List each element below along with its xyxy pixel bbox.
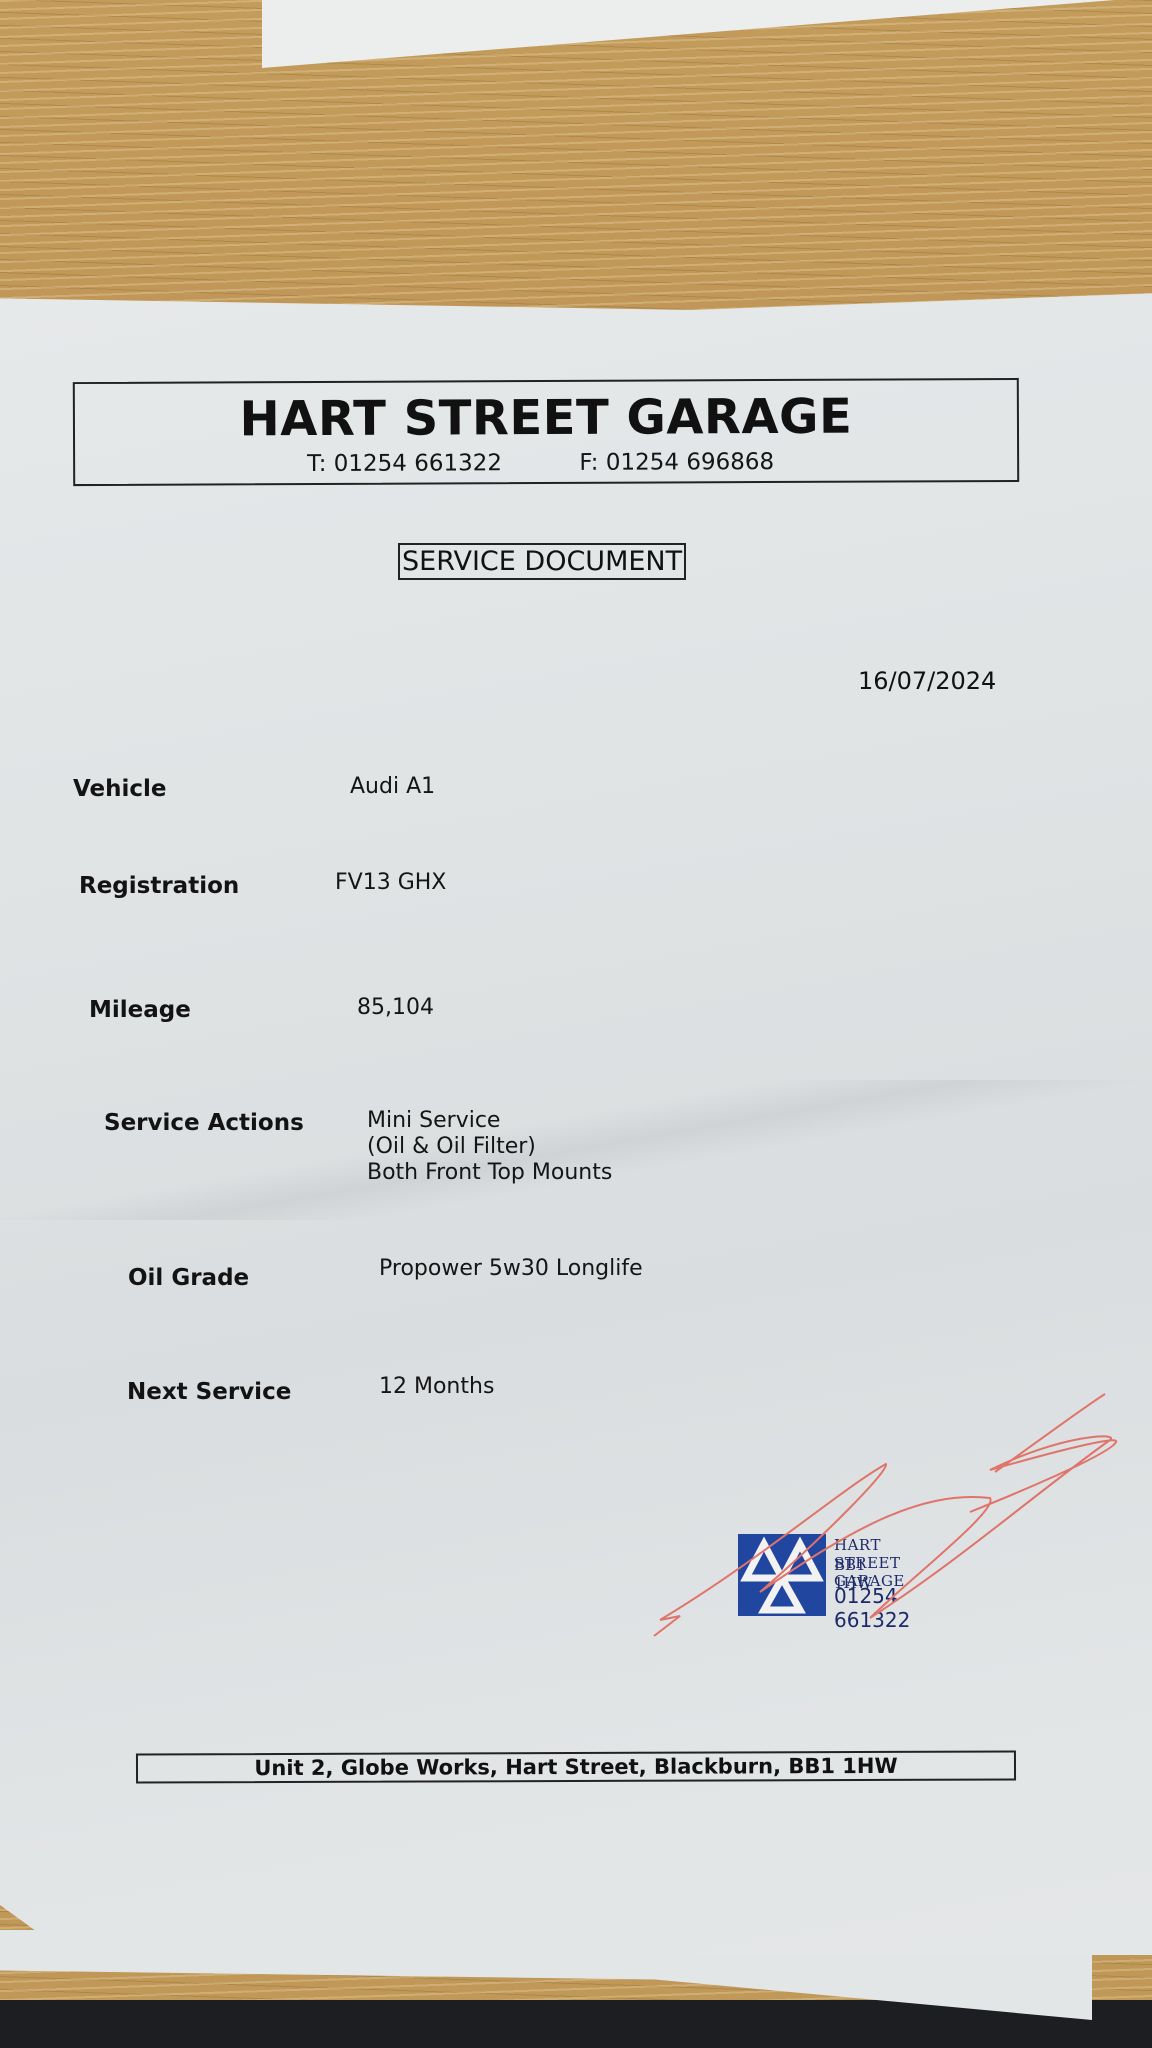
field-value-service-actions: Mini Service (Oil & Oil Filter) Both Fro… xyxy=(367,1108,612,1186)
letterhead-box: HART STREET GARAGE T: 01254 661322 F: 01… xyxy=(73,378,1019,486)
field-label-vehicle: Vehicle xyxy=(73,776,167,802)
document-title: SERVICE DOCUMENT xyxy=(398,543,686,580)
field-label-next-service: Next Service xyxy=(127,1379,291,1405)
service-action-line: (Oil & Oil Filter) xyxy=(367,1134,612,1160)
telephone-number: T: 01254 661322 xyxy=(307,450,502,477)
document-date: 16/07/2024 xyxy=(858,667,996,695)
field-label-mileage: Mileage xyxy=(89,997,191,1023)
field-label-service-actions: Service Actions xyxy=(104,1110,304,1136)
contact-numbers: T: 01254 661322 F: 01254 696868 xyxy=(307,449,844,477)
field-value-mileage: 85,104 xyxy=(357,995,434,1021)
field-value-registration: FV13 GHX xyxy=(335,870,446,896)
field-label-oil-grade: Oil Grade xyxy=(128,1265,249,1291)
handwritten-signature xyxy=(640,1380,1140,1660)
field-value-oil-grade: Propower 5w30 Longlife xyxy=(379,1256,643,1282)
field-value-vehicle: Audi A1 xyxy=(350,774,435,800)
fax-number: F: 01254 696868 xyxy=(579,449,774,476)
garage-name: HART STREET GARAGE xyxy=(75,388,1017,448)
service-action-line: Mini Service xyxy=(367,1108,612,1134)
field-label-registration: Registration xyxy=(79,873,239,899)
footer-address: Unit 2, Globe Works, Hart Street, Blackb… xyxy=(136,1750,1016,1783)
field-value-next-service: 12 Months xyxy=(379,1374,494,1400)
service-action-line: Both Front Top Mounts xyxy=(367,1160,612,1186)
